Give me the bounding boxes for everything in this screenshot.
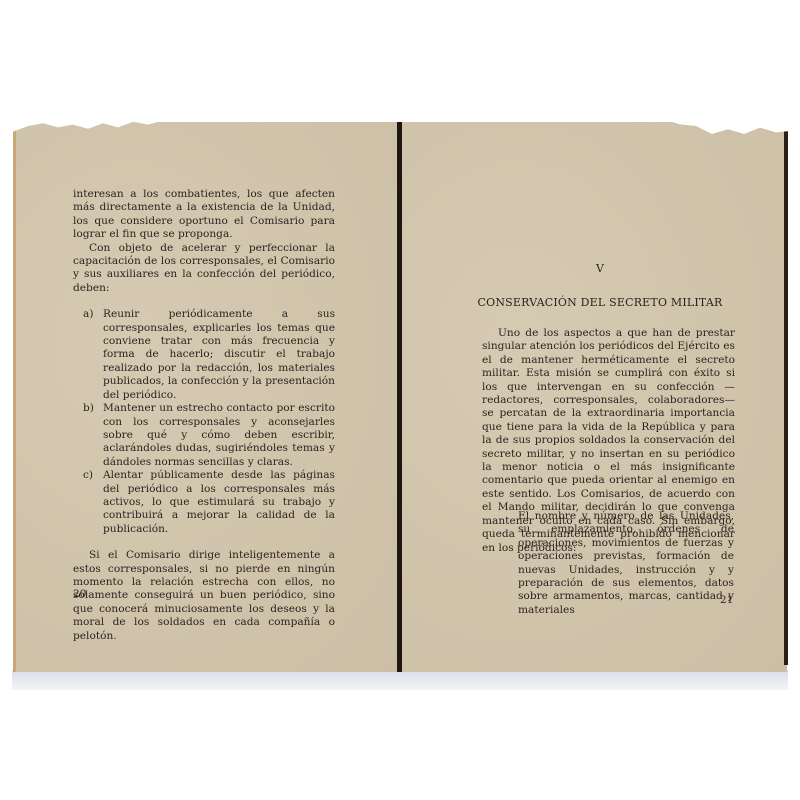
list-marker: b) (83, 402, 103, 469)
book-gutter (397, 122, 402, 672)
paragraph: Con objeto de acelerar y perfeccionar la… (73, 242, 335, 296)
prohibited-list: El nombre y número de las Unidades, su e… (518, 510, 734, 617)
list-text: Mantener un estrecho contacto por escrit… (103, 402, 335, 469)
right-page-edge (784, 130, 788, 665)
paragraph: Si el Comisario dirige inteligentemente … (73, 549, 335, 643)
list-item: a) Reunir periódicamente a sus correspon… (83, 308, 335, 402)
list-marker: c) (83, 469, 103, 536)
left-page-text: interesan a los combatientes, los que af… (73, 188, 335, 643)
list-text: Reunir periódicamente a sus corresponsal… (103, 308, 335, 402)
paragraph: interesan a los combatientes, los que af… (73, 188, 335, 242)
page-number-left: 20 (73, 588, 86, 600)
list-text: Alentar públicamente desde las páginas d… (103, 469, 335, 536)
page-number-right: 21 (720, 594, 733, 606)
chapter-number: V (470, 262, 730, 275)
chapter-title: CONSERVACIÓN DEL SECRETO MILITAR (470, 296, 730, 309)
list-item: c) Alentar públicamente desde las página… (83, 469, 335, 536)
list-item: b) Mantener un estrecho contacto por esc… (83, 402, 335, 469)
list-marker: a) (83, 308, 103, 402)
paragraph: El nombre y número de las Unidades, su e… (518, 510, 734, 617)
page-shadow (12, 670, 788, 690)
